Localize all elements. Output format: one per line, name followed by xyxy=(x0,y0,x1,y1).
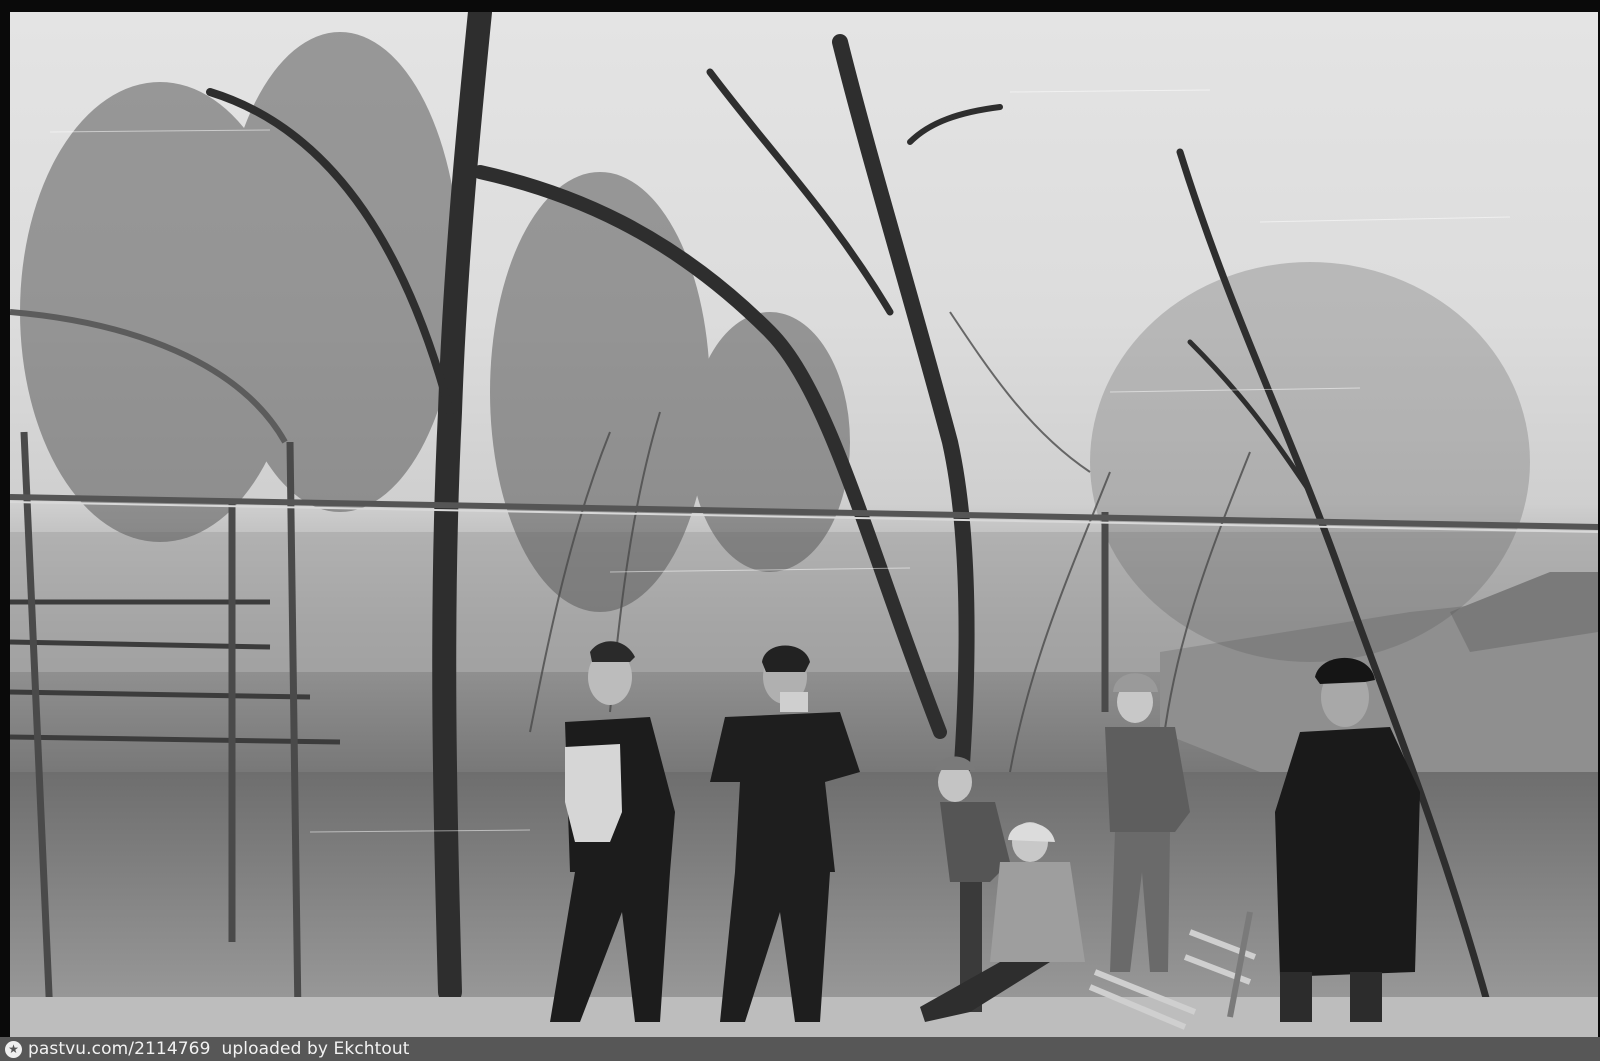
caption-text[interactable]: pastvu.com/2114769 uploaded by Ekchtout xyxy=(28,1039,410,1059)
caption-bar: ★ pastvu.com/2114769 uploaded by Ekchtou… xyxy=(0,1037,1600,1061)
star-icon: ★ xyxy=(5,1041,22,1058)
photo-scene xyxy=(10,12,1598,1037)
photograph xyxy=(10,12,1598,1037)
photo-frame xyxy=(0,0,1600,1037)
